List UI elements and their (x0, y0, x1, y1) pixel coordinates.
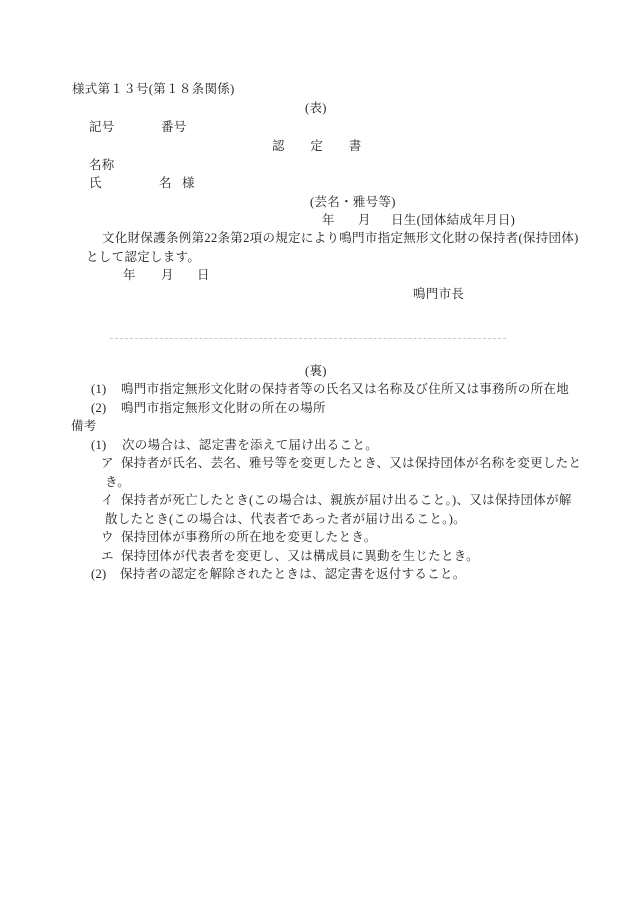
sub-i-line2: 散したとき(この場合は、代表者であった者が届け出ること。)。 (105, 512, 466, 527)
mei-label: 名 (159, 176, 172, 191)
front-side-label: (表) (305, 101, 327, 116)
sub-a-line1: 保持者が氏名、芸名、雅号等を変更したとき、又は保持団体が名称を変更したと (121, 456, 581, 471)
sama-label: 様 (182, 176, 195, 191)
geimei-label: (芸名・雅号等) (310, 195, 396, 210)
bikou-label: 備考 (71, 419, 97, 434)
date-year-label: 年 (123, 268, 136, 283)
shi-label: 氏 (89, 176, 102, 191)
sub-i-label: イ (101, 493, 114, 508)
sub-a-label: ア (101, 456, 114, 471)
birth-day-label: 日生(団体結成年月日) (391, 213, 515, 228)
back-item-2-num: (2) (91, 401, 106, 416)
mayor-signature: 鳴門市長 (413, 287, 464, 302)
birth-month-label: 月 (358, 213, 371, 228)
sub-a-line2: き。 (105, 475, 130, 490)
bango-label: 番号 (161, 120, 187, 135)
birth-year-label: 年 (322, 213, 335, 228)
remark-2-text: 保持者の認定を解除されたときは、認定書を返付すること。 (120, 567, 466, 582)
sub-i-line1: 保持者が死亡したとき(この場合は、親族が届け出ること。)、又は保持団体が解 (121, 493, 572, 508)
fold-separator-line (110, 338, 506, 339)
sub-u-label: ウ (101, 530, 114, 545)
certificate-form-page: 様式第１３号(第１８条関係) (表) 記号 番号 認 定 書 名称 氏 名 様 … (0, 0, 630, 903)
back-item-2-text: 鳴門市指定無形文化財の所在の場所 (121, 401, 326, 416)
back-side-label: (裏) (305, 364, 327, 379)
back-item-1-text: 鳴門市指定無形文化財の保持者等の氏名又は名称及び住所又は事務所の所在地 (121, 382, 569, 397)
kigo-label: 記号 (89, 120, 115, 135)
remark-1-text: 次の場合は、認定書を添えて届け出ること。 (122, 438, 378, 453)
remark-1-num: (1) (91, 438, 106, 453)
sub-u-line1: 保持団体が事務所の所在地を変更したとき。 (121, 530, 377, 545)
sub-e-label: エ (101, 549, 114, 564)
body-line-2: として認定します。 (86, 250, 200, 265)
form-number: 様式第１３号(第１８条関係) (72, 82, 235, 97)
date-day-label: 日 (197, 268, 210, 283)
body-line-1: 文化財保護条例第22条第2項の規定により鳴門市指定無形文化財の保持者(保持団体) (102, 231, 579, 246)
date-month-label: 月 (161, 268, 174, 283)
certificate-title: 認 定 書 (272, 139, 362, 154)
sub-e-line1: 保持団体が代表者を変更し、又は構成員に異動を生じたとき。 (121, 549, 479, 564)
remark-2-num: (2) (91, 567, 106, 582)
back-item-1-num: (1) (91, 382, 106, 397)
meisho-label: 名称 (89, 158, 115, 173)
